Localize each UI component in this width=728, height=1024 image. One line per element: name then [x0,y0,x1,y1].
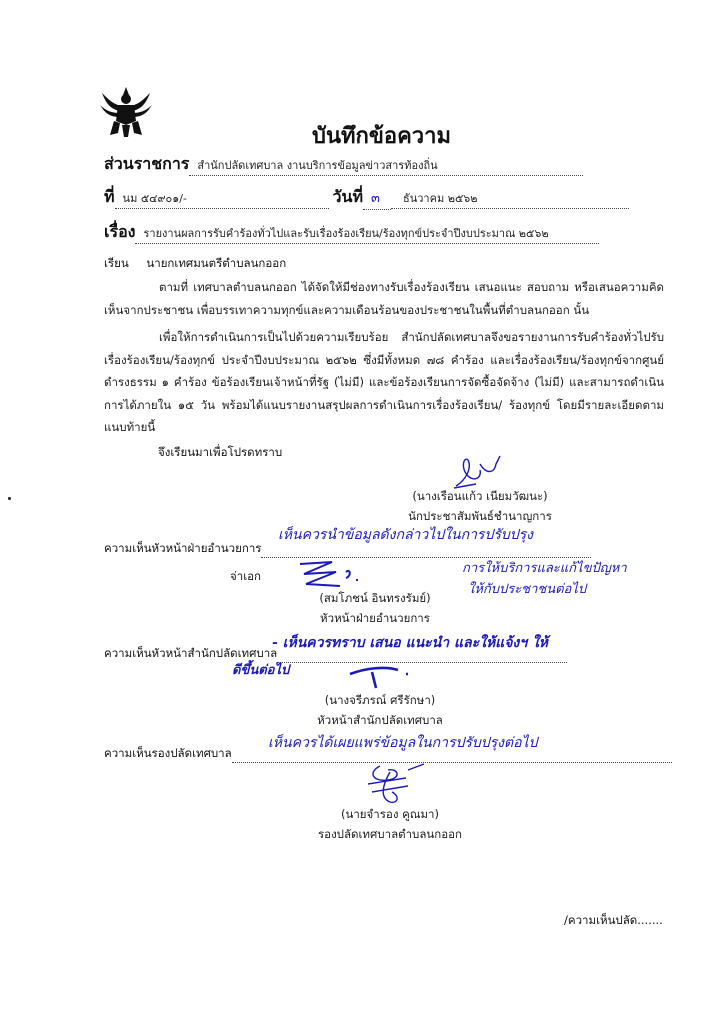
date-day: ๓ [363,187,391,210]
date-label: วันที่ [333,185,363,210]
garuda-emblem-icon [100,85,152,141]
salutation-label: เรียน [104,256,129,270]
signatory-1-name: (นางเรือนแก้ว เนียมวัฒนะ) [380,486,580,506]
paragraph-1: ตามที่ เทศบาลตำบลนกออก ได้จัดให้มีช่องทา… [104,276,664,321]
department-label: ส่วนราชการ [104,152,189,177]
comment-2-signer-name: (นางจรีภรณ์ ศรีรักษา) [290,690,470,710]
comment-3-handwriting-1: เห็นควรได้เผยแพร่ข้อมูลในการปรับปรุงต่อไ… [268,732,537,754]
comment-1-handwriting-1: เห็นควรนำข้อมูลดังกล่าวไปในการปรับปรุง [278,524,533,546]
ref-value: นม ๕๔๙๐๑/- [115,189,329,209]
subject-row: เรื่อง รายงานผลการรับคำร้องทั่วไปและรับเ… [104,220,599,245]
comment-1-signer-position: หัวหน้าฝ่ายอำนวยการ [290,608,460,628]
comment-1-signer-name: (สมโภชน์ อินทรงรัมย์) [290,588,460,608]
comment-3-label: ความเห็นรองปลัดเทศบาล [104,745,232,763]
comment-1-label: ความเห็นหัวหน้าฝ่ายอำนวยการ [104,540,261,558]
signatory-1-position: นักประชาสัมพันธ์ชำนาญการ [380,506,580,526]
comment-1-handwriting-3: ให้กับประชาชนต่อไป [468,578,586,599]
scan-speck [8,497,11,500]
comment-3-signer-name: (นายจำรอง คูณมา) [300,804,480,824]
memo-title: บันทึกข้อความ [312,118,451,153]
comment-1-rank: จ่าเอก [230,568,261,586]
signatory-1-block: (นางเรือนแก้ว เนียมวัฒนะ) นักประชาสัมพัน… [380,486,580,526]
comment-2-handwriting-2: ดีขึ้นต่อไป [232,659,289,680]
comment-1-signer-block: (สมโภชน์ อินทรงรัมย์) หัวหน้าฝ่ายอำนวยกา… [290,588,460,628]
department-value: สำนักปลัดเทศบาล งานบริการข้อมูลข่าวสารท้… [189,156,583,176]
signature-1-icon [452,454,512,490]
signature-2-icon [296,558,366,590]
ref-date-row: ที่ นม ๕๔๙๐๑/- วันที่ ๓ ธันวาคม ๒๕๖๒ [104,185,629,210]
closing-text: จึงเรียนมาเพื่อโปรดทราบ [158,444,282,462]
subject-value: รายงานผลการรับคำร้องทั่วไปและรับเรื่องร้… [135,224,599,244]
ref-label: ที่ [104,185,115,210]
comment-2-signer-block: (นางจรีภรณ์ ศรีรักษา) หัวหน้าสำนักปลัดเท… [290,690,470,730]
paragraph-2: เพื่อให้การดำเนินการเป็นไปด้วยความเรียบร… [104,326,664,439]
continuation-note: /ความเห็นปลัด....... [564,912,663,930]
subject-label: เรื่อง [104,220,135,245]
salutation: เรียน นายกเทศมนตรีตำบลนกออก [104,255,286,273]
comment-3-signer-position: รองปลัดเทศบาลตำบลนกออก [300,824,480,844]
comment-1-handwriting-2: การให้บริการและแก้ไขปัญหา [462,557,627,578]
comment-2-signer-position: หัวหน้าสำนักปลัดเทศบาล [290,710,470,730]
memo-page: บันทึกข้อความ ส่วนราชการ สำนักปลัดเทศบาล… [0,0,728,1024]
date-month-year: ธันวาคม ๒๕๖๒ [391,189,629,209]
department-row: ส่วนราชการ สำนักปลัดเทศบาล งานบริการข้อม… [104,152,583,177]
comment-3-signer-block: (นายจำรอง คูณมา) รองปลัดเทศบาลตำบลนกออก [300,804,480,844]
signature-3-icon [346,664,416,692]
comment-2-handwriting-1: - เห็นควรทราบ เสนอ แนะนำ และให้แจ้งฯ ให้ [272,632,548,654]
signature-4-icon [362,762,432,806]
salutation-value: นายกเทศมนตรีตำบลนกออก [146,256,286,270]
